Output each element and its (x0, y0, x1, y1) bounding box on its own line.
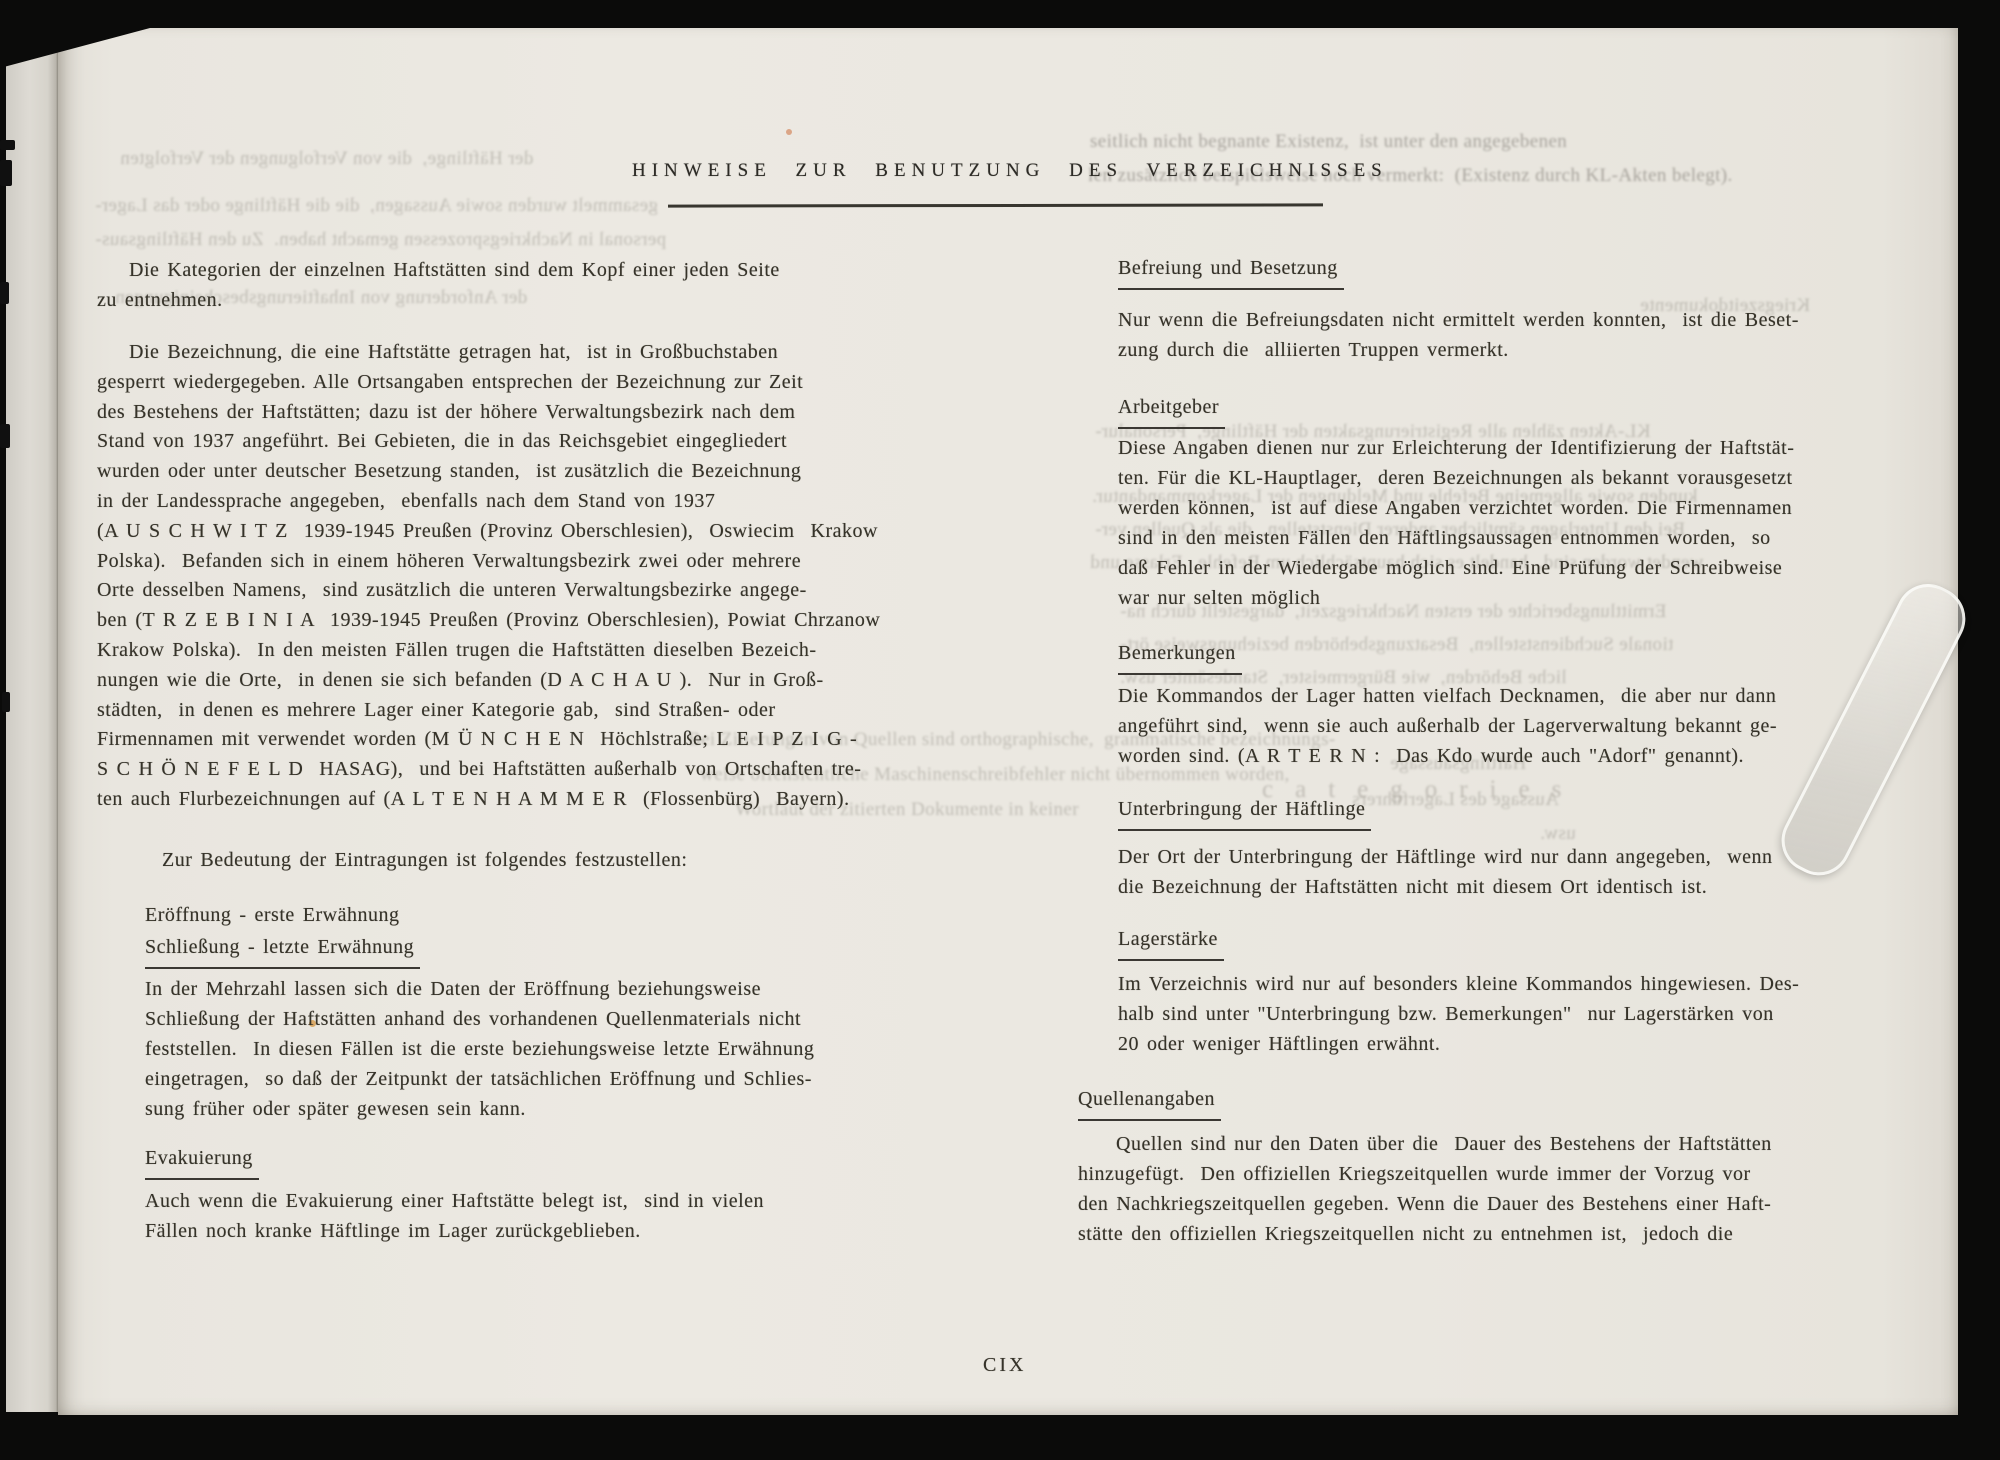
section-heading-unterbringung: Unterbringung der Häftlinge (1118, 794, 1371, 831)
section-heading-arbeitgeber: Arbeitgeber (1118, 392, 1225, 429)
previous-page-edge (6, 40, 60, 1412)
term-schliessung: Schließung - letzte Erwähnung (145, 932, 420, 969)
section-heading-evakuierung: Evakuierung (145, 1143, 259, 1180)
scan-edge-speck (0, 140, 15, 150)
bleedthrough-text: personal in Nachkriegsprozessen gemacht … (95, 226, 666, 254)
paragraph-befreiung: Nur wenn die Befreiungsdaten nicht ermit… (1118, 305, 1799, 365)
bleedthrough-text: seitlich nicht begnante Existenz, ist un… (1090, 128, 1567, 156)
scan-edge-speck (0, 282, 9, 304)
paragraph-evakuierung: Auch wenn die Evakuierung einer Haftstät… (145, 1186, 764, 1246)
paragraph-bemerkungen: Die Kommandos der Lager hatten vielfach … (1118, 681, 1777, 771)
section-heading-quellenangaben: Quellenangaben (1078, 1084, 1221, 1121)
term-eroeffnung: Eröffnung - erste Erwähnung (145, 900, 399, 930)
page-number: CIX (983, 1350, 1026, 1380)
paragraph-quellenangaben: Quellen sind nur den Daten über die Daue… (1078, 1129, 1772, 1249)
paragraph-kategorien: Die Kategorien der einzelnen Haftstätten… (97, 255, 780, 315)
page-title: HINWEISE ZUR BENUTZUNG DES VERZEICHNISSE… (632, 160, 1388, 182)
paragraph-arbeitgeber: Diese Angaben dienen nur zur Erleichteru… (1118, 433, 1794, 613)
paper-stain (786, 129, 792, 135)
scan-edge-speck (0, 160, 12, 186)
paragraph-bedeutung: Zur Bedeutung der Eintragungen ist folge… (162, 845, 687, 875)
scan-edge-speck (2, 692, 10, 712)
paragraph-mehrzahl: In der Mehrzahl lassen sich die Daten de… (145, 974, 814, 1124)
section-heading-lagerstaerke: Lagerstärke (1118, 924, 1224, 961)
bleedthrough-text: gesammelt wurden sowie Aussagen, die die… (95, 192, 658, 220)
bleedthrough-text: der Häftlinge, die von Verfolgungen der … (120, 145, 533, 173)
paragraph-unterbringung: Der Ort der Unterbringung der Häftlinge … (1118, 842, 1773, 902)
paragraph-lagerstaerke: Im Verzeichnis wird nur auf besonders kl… (1118, 969, 1799, 1059)
section-heading-befreiung: Befreiung und Besetzung (1118, 253, 1344, 290)
paragraph-bezeichnung: Die Bezeichnung, die eine Haftstätte get… (97, 338, 880, 815)
section-heading-bemerkungen: Bemerkungen (1118, 638, 1242, 675)
scan-edge-speck (0, 424, 10, 448)
